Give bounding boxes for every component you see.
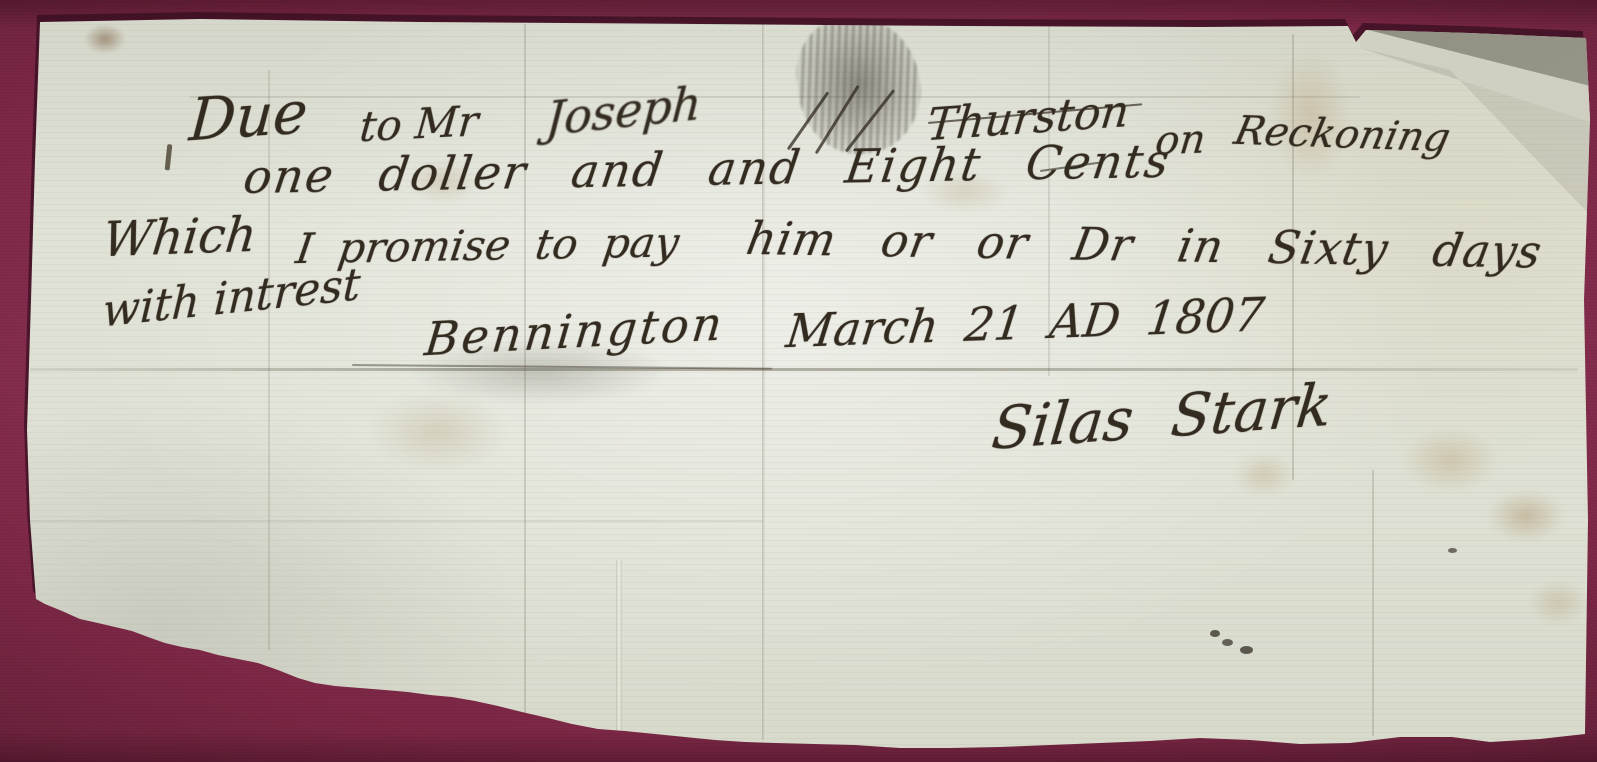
fold-crease-vertical-2 [524, 24, 526, 714]
signature: Silas Stark [989, 370, 1335, 462]
word-reckoning: Reckoning [1230, 108, 1454, 161]
foxing-stain [1488, 490, 1564, 542]
ink-speck [1210, 630, 1220, 637]
foxing-stain [1232, 452, 1296, 498]
word-to-mr: to Mr [358, 96, 481, 152]
word-joseph: Joseph [544, 76, 703, 147]
ink-speck [1240, 646, 1253, 654]
ink-speck [1448, 548, 1457, 553]
document-paper: Due to Mr Joseph Thurston on Reckoning o… [0, 0, 1597, 762]
foxing-stain [84, 24, 126, 54]
fold-crease-horizontal-3 [28, 520, 763, 522]
interest-phrase: with intrest [101, 259, 361, 338]
ink-tick-mark [165, 144, 173, 170]
word-which: Which [100, 207, 259, 269]
foxing-stain [1402, 428, 1498, 492]
fold-crease-horizontal-2 [30, 368, 1578, 371]
fold-crease-vertical-6 [1372, 470, 1374, 736]
scan-background: Due to Mr Joseph Thurston on Reckoning o… [0, 0, 1597, 762]
foxing-stain [1528, 580, 1588, 626]
flourish-stroke [352, 364, 772, 370]
fold-crease-vertical-7 [616, 560, 622, 738]
ink-show-through [368, 392, 508, 472]
word-due: Due [187, 78, 310, 155]
place-name: Bennington [422, 296, 727, 366]
fold-crease-vertical-3 [762, 24, 766, 740]
fold-crease-horizontal-1 [190, 96, 1360, 98]
payment-terms-phrase: him or or Dr in Sixty days [743, 212, 1546, 279]
date: March 21 AD 1807 [783, 287, 1267, 358]
ink-speck [1222, 639, 1233, 646]
